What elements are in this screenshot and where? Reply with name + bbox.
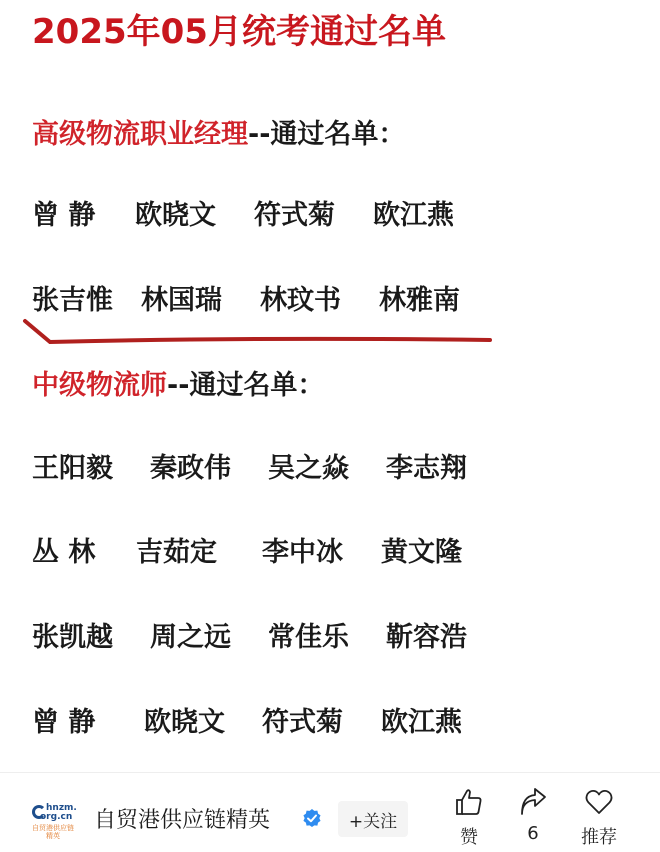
name-item: 李中冰 bbox=[262, 530, 343, 569]
name-item: 林国瑞 bbox=[141, 278, 222, 317]
share-icon bbox=[518, 787, 548, 817]
follow-button[interactable]: +关注 bbox=[338, 801, 408, 837]
name-item: 周之远 bbox=[150, 615, 231, 654]
logo-text-line: 精英 bbox=[46, 831, 60, 841]
name-item: 欧江燕 bbox=[381, 700, 462, 739]
section-heading-intermediate-suffix: --通过名单： bbox=[167, 370, 324, 401]
name-item: 曾 静 bbox=[32, 700, 95, 739]
share-button[interactable]: 6 bbox=[508, 787, 558, 844]
name-item: 王阳毅 bbox=[32, 446, 113, 485]
name-item: 欧江燕 bbox=[373, 193, 454, 232]
page-title: 2025年05月统考通过名单 bbox=[32, 4, 446, 53]
account-avatar-logo[interactable]: hnzm. org.cn 自贸港供应链 精英 bbox=[32, 803, 82, 843]
heart-icon bbox=[584, 787, 614, 817]
like-label: 赞 bbox=[444, 823, 494, 849]
name-item: 符式菊 bbox=[254, 193, 335, 232]
name-item: 张凯越 bbox=[32, 615, 113, 654]
name-item: 丛 林 bbox=[32, 530, 95, 569]
verified-badge-icon bbox=[302, 808, 322, 828]
name-item: 曾 静 bbox=[32, 193, 95, 232]
logo-text-line: org.cn bbox=[40, 812, 72, 822]
name-item: 黄文隆 bbox=[381, 530, 462, 569]
recommend-button[interactable]: 推荐 bbox=[574, 787, 624, 849]
name-item: 林雅南 bbox=[379, 278, 460, 317]
author-footer-bar: hnzm. org.cn 自贸港供应链 精英 自贸港供应链精英 +关注 赞 6 … bbox=[0, 772, 660, 852]
section-heading-senior: 高级物流职业经理--通过名单： bbox=[32, 112, 405, 151]
share-count: 6 bbox=[508, 823, 558, 844]
account-name[interactable]: 自贸港供应链精英 bbox=[94, 803, 270, 834]
name-item: 李志翔 bbox=[386, 446, 467, 485]
name-item: 欧晓文 bbox=[135, 193, 216, 232]
name-item: 秦政伟 bbox=[150, 446, 231, 485]
like-button[interactable]: 赞 bbox=[444, 787, 494, 849]
thumbs-up-icon bbox=[454, 787, 484, 817]
section-heading-intermediate-title: 中级物流师 bbox=[32, 370, 167, 401]
recommend-label: 推荐 bbox=[574, 823, 624, 849]
section-heading-intermediate: 中级物流师--通过名单： bbox=[32, 363, 324, 402]
name-item: 欧晓文 bbox=[144, 700, 225, 739]
hand-drawn-divider bbox=[0, 315, 500, 355]
name-item: 吉茹定 bbox=[136, 530, 217, 569]
name-item: 靳容浩 bbox=[386, 615, 467, 654]
name-item: 林玟书 bbox=[260, 278, 341, 317]
name-item: 吴之焱 bbox=[268, 446, 349, 485]
section-heading-senior-title: 高级物流职业经理 bbox=[32, 119, 248, 150]
name-item: 符式菊 bbox=[262, 700, 343, 739]
name-item: 张吉惟 bbox=[32, 278, 113, 317]
name-item: 常佳乐 bbox=[268, 615, 349, 654]
section-heading-senior-suffix: --通过名单： bbox=[248, 119, 405, 150]
